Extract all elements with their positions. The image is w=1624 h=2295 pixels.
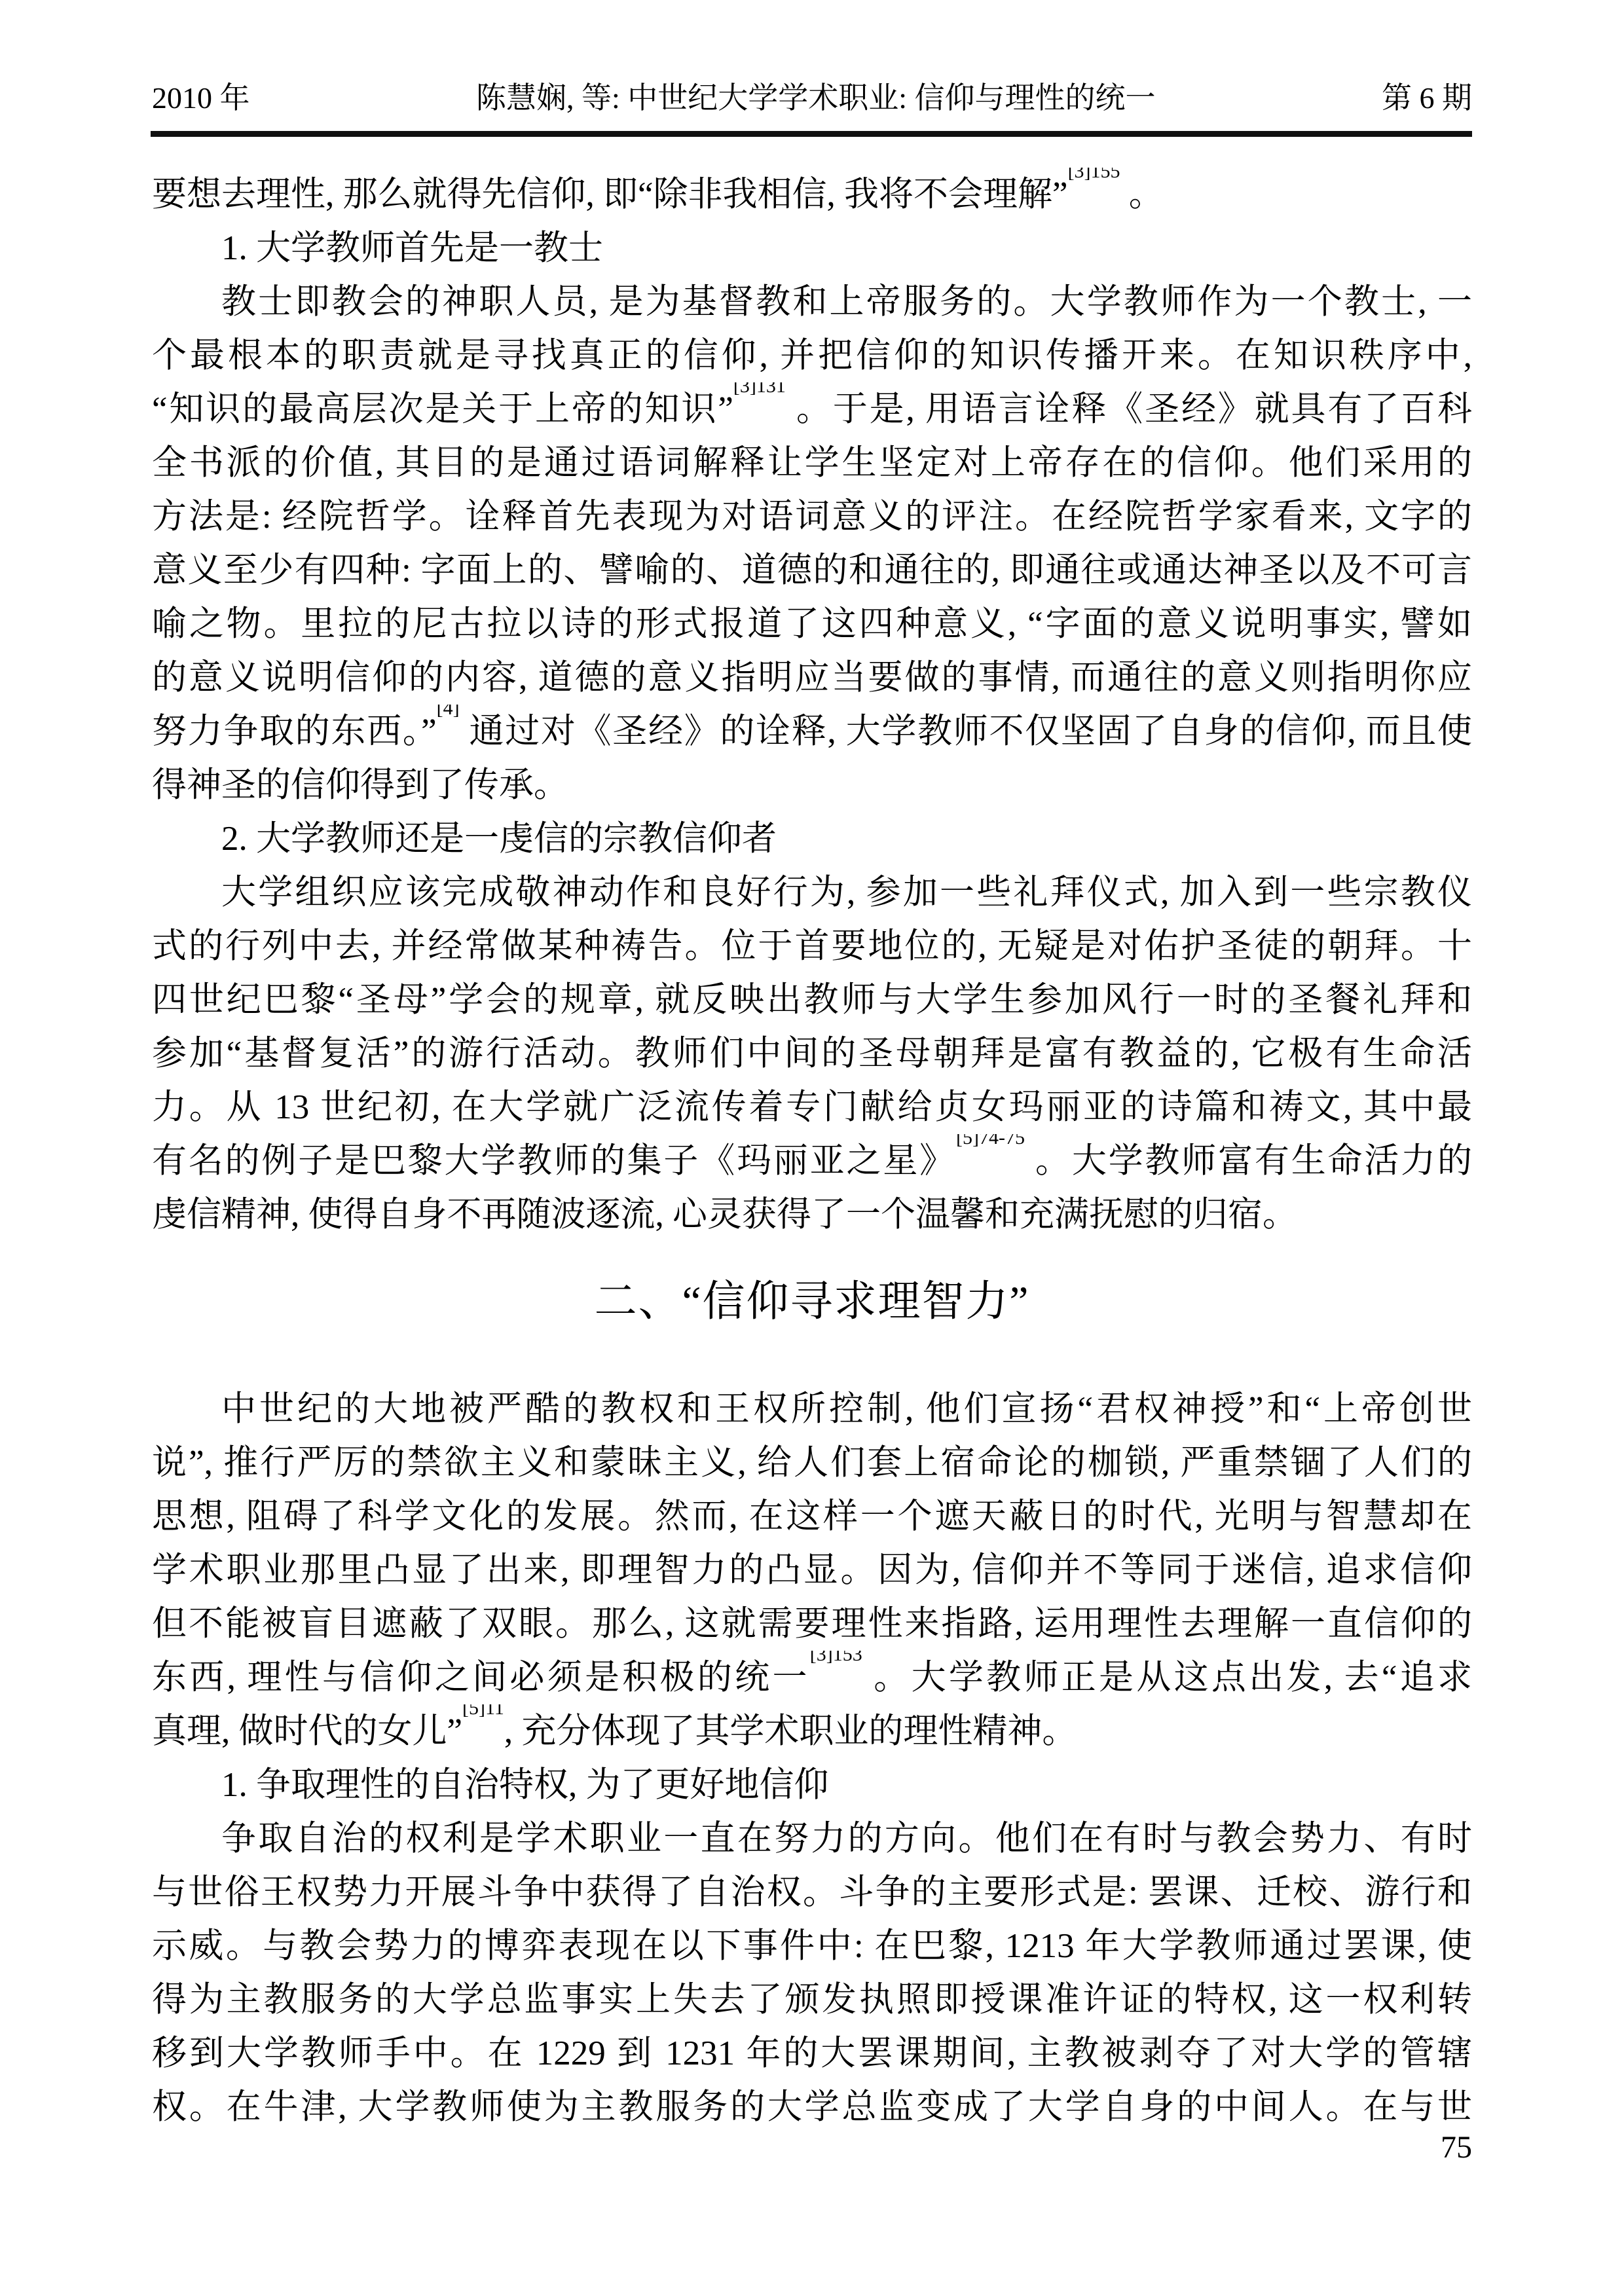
- header-year: 2010 年: [152, 81, 250, 115]
- text-run: 争取自治的权利是学术职业一直在努力的方向。他们在有时与教会势力、有时: [221, 1820, 1472, 1858]
- text-run: 要想去理性, 那么就得先信仰, 即“除非我相信, 我将不会理解”: [152, 175, 1068, 213]
- section-one-lines: 要想去理性, 那么就得先信仰, 即“除非我相信, 我将不会理解”[3]155 。…: [152, 168, 1472, 1241]
- page-number: 75: [152, 2129, 1472, 2166]
- text-line: 2. 大学教师还是一虔信的宗教信仰者: [152, 812, 1472, 866]
- text-run: 四世纪巴黎“圣母”学会的规章, 就反映出教师与大学生参加风行一时的圣餐礼拜和: [152, 981, 1472, 1019]
- text-line: 意义至少有四种: 字面上的、譬喻的、道德的和通往的, 即通往或通达神圣以及不可言: [152, 543, 1472, 597]
- text-line: 1. 争取理性的自治特权, 为了更好地信仰: [152, 1758, 1472, 1812]
- text-line: 移到大学教师手中。在 1229 到 1231 年的大罢课期间, 主教被剥夺了对大…: [152, 2027, 1472, 2080]
- text-run: 个最根本的职责就是寻找真正的信仰, 并把信仰的知识传播开来。在知识秩序中,: [152, 337, 1472, 375]
- text-line: 说”, 推行严厉的禁欲主义和蒙昧主义, 给人们套上宿命论的枷锁, 严重禁锢了人们…: [152, 1436, 1472, 1490]
- text-run: 得神圣的信仰得到了传承。: [152, 766, 568, 804]
- text-run: 。: [1120, 175, 1164, 213]
- text-line: 参加“基督复活”的游行活动。教师们中间的圣母朝拜是富有教益的, 它极有生命活: [152, 1027, 1472, 1080]
- citation-superscript: [4]: [437, 705, 460, 719]
- text-run: 通过对《圣经》的诠释, 大学教师不仅坚固了自身的信仰, 而且使: [460, 712, 1472, 750]
- text-run: 中世纪的大地被严酷的教权和王权所控制, 他们宣扬“君权神授”和“上帝创世: [221, 1390, 1472, 1428]
- text-run: 力。从 13 世纪初, 在大学就广泛流传着专门献给贞女玛丽亚的诗篇和祷文, 其中…: [152, 1088, 1472, 1126]
- header-title: 陈慧娴, 等: 中世纪大学学术职业: 信仰与理性的统一: [250, 81, 1382, 115]
- text-line: 真理, 做时代的女儿”[5]11, 充分体现了其学术职业的理性精神。: [152, 1704, 1472, 1758]
- text-line: 全书派的价值, 其目的是通过语词解释让学生坚定对上帝存在的信仰。他们采用的: [152, 436, 1472, 490]
- text-run: 意义至少有四种: 字面上的、譬喻的、道德的和通往的, 即通往或通达神圣以及不可言: [152, 551, 1472, 589]
- text-line: 学术职业那里凸显了出来, 即理智力的凸显。因为, 信仰并不等同于迷信, 追求信仰: [152, 1543, 1472, 1597]
- text-line: 力。从 13 世纪初, 在大学就广泛流传着专门献给贞女玛丽亚的诗篇和祷文, 其中…: [152, 1080, 1472, 1134]
- text-line: 喻之物。里拉的尼古拉以诗的形式报道了这四种意义, “字面的意义说明事实, 譬如: [152, 597, 1472, 651]
- text-line: “知识的最高层次是关于上帝的知识”[3]131 。于是, 用语言诠释《圣经》就具…: [152, 382, 1472, 436]
- text-line: 四世纪巴黎“圣母”学会的规章, 就反映出教师与大学生参加风行一时的圣餐礼拜和: [152, 973, 1472, 1027]
- text-run: 但不能被盲目遮蔽了双眼。那么, 这就需要理性来指路, 运用理性去理解一直信仰的: [152, 1605, 1472, 1643]
- citation-superscript: [3]155: [1068, 168, 1120, 182]
- page: 2010 年 陈慧娴, 等: 中世纪大学学术职业: 信仰与理性的统一 第 6 期…: [0, 0, 1624, 2295]
- text-line: 争取自治的权利是学术职业一直在努力的方向。他们在有时与教会势力、有时: [152, 1812, 1472, 1865]
- text-run: 式的行列中去, 并经常做某种祷告。位于首要地位的, 无疑是对佑护圣徒的朝拜。十: [152, 927, 1472, 965]
- text-run: 有名的例子是巴黎大学教师的集子《玛丽亚之星》: [152, 1142, 956, 1180]
- text-run: 学术职业那里凸显了出来, 即理智力的凸显。因为, 信仰并不等同于迷信, 追求信仰: [152, 1551, 1472, 1589]
- text-run: 虔信精神, 使得自身不再随波逐流, 心灵获得了一个温馨和充满抚慰的归宿。: [152, 1196, 1297, 1234]
- text-line: 方法是: 经院哲学。诠释首先表现为对语词意义的评注。在经院哲学家看来, 文字的: [152, 490, 1472, 543]
- text-run: 东西, 理性与信仰之间必须是积极的统一: [152, 1659, 810, 1697]
- text-line: 虔信精神, 使得自身不再随波逐流, 心灵获得了一个温馨和充满抚慰的归宿。: [152, 1188, 1472, 1241]
- text-run: 喻之物。里拉的尼古拉以诗的形式报道了这四种意义, “字面的意义说明事实, 譬如: [152, 605, 1472, 643]
- text-line: 努力争取的东西。”[4] 通过对《圣经》的诠释, 大学教师不仅坚固了自身的信仰,…: [152, 705, 1472, 758]
- text-line: 思想, 阻碍了科学文化的发展。然而, 在这样一个遮天蔽日的时代, 光明与智慧却在: [152, 1490, 1472, 1543]
- citation-superscript: [5]11: [462, 1704, 504, 1719]
- text-line: 示威。与教会势力的博弈表现在以下事件中: 在巴黎, 1213 年大学教师通过罢课…: [152, 1919, 1472, 1973]
- citation-superscript: [3]153: [810, 1651, 862, 1665]
- section-two-lines: 中世纪的大地被严酷的教权和王权所控制, 他们宣扬“君权神授”和“上帝创世说”, …: [152, 1382, 1472, 2134]
- text-run: 全书派的价值, 其目的是通过语词解释让学生坚定对上帝存在的信仰。他们采用的: [152, 444, 1472, 482]
- text-run: 说”, 推行严厉的禁欲主义和蒙昧主义, 给人们套上宿命论的枷锁, 严重禁锢了人们…: [152, 1444, 1472, 1482]
- text-run: 思想, 阻碍了科学文化的发展。然而, 在这样一个遮天蔽日的时代, 光明与智慧却在: [152, 1497, 1472, 1535]
- text-run: 得为主教服务的大学总监事实上失去了颁发执照即授课准许证的特权, 这一权利转: [152, 1981, 1472, 2019]
- text-run: 。大学教师富有生命活力的: [1025, 1142, 1472, 1180]
- text-line: 但不能被盲目遮蔽了双眼。那么, 这就需要理性来指路, 运用理性去理解一直信仰的: [152, 1597, 1472, 1651]
- text-line: 中世纪的大地被严酷的教权和王权所控制, 他们宣扬“君权神授”和“上帝创世: [152, 1382, 1472, 1436]
- text-run: 移到大学教师手中。在 1229 到 1231 年的大罢课期间, 主教被剥夺了对大…: [152, 2034, 1472, 2072]
- section-heading: 二、“信仰寻求理智力”: [152, 1241, 1472, 1382]
- text-run: 1. 争取理性的自治特权, 为了更好地信仰: [221, 1766, 829, 1804]
- text-run: 方法是: 经院哲学。诠释首先表现为对语词意义的评注。在经院哲学家看来, 文字的: [152, 498, 1472, 536]
- text-line: 得神圣的信仰得到了传承。: [152, 758, 1472, 812]
- text-line: 的意义说明信仰的内容, 道德的意义指明应当要做的事情, 而通往的意义则指明你应: [152, 651, 1472, 705]
- header-issue: 第 6 期: [1382, 81, 1472, 115]
- text-line: 个最根本的职责就是寻找真正的信仰, 并把信仰的知识传播开来。在知识秩序中,: [152, 329, 1472, 382]
- text-run: 。于是, 用语言诠释《圣经》就具有了百科: [786, 390, 1472, 428]
- body-text: 要想去理性, 那么就得先信仰, 即“除非我相信, 我将不会理解”[3]155 。…: [152, 168, 1472, 2134]
- citation-superscript: [5]74-75: [956, 1134, 1025, 1148]
- text-run: 真理, 做时代的女儿”: [152, 1712, 462, 1750]
- text-run: 大学组织应该完成敬神动作和良好行为, 参加一些礼拜仪式, 加入到一些宗教仪: [221, 873, 1472, 911]
- header-rule: [151, 131, 1472, 137]
- text-line: 有名的例子是巴黎大学教师的集子《玛丽亚之星》[5]74-75 。大学教师富有生命…: [152, 1134, 1472, 1188]
- text-line: 要想去理性, 那么就得先信仰, 即“除非我相信, 我将不会理解”[3]155 。: [152, 168, 1472, 221]
- text-run: 参加“基督复活”的游行活动。教师们中间的圣母朝拜是富有教益的, 它极有生命活: [152, 1035, 1472, 1073]
- text-run: 教士即教会的神职人员, 是为基督教和上帝服务的。大学教师作为一个教士, 一: [221, 283, 1472, 321]
- text-line: 式的行列中去, 并经常做某种祷告。位于首要地位的, 无疑是对佑护圣徒的朝拜。十: [152, 919, 1472, 973]
- text-line: 得为主教服务的大学总监事实上失去了颁发执照即授课准许证的特权, 这一权利转: [152, 1973, 1472, 2027]
- text-run: 的意义说明信仰的内容, 道德的意义指明应当要做的事情, 而通往的意义则指明你应: [152, 659, 1472, 697]
- text-line: 教士即教会的神职人员, 是为基督教和上帝服务的。大学教师作为一个教士, 一: [152, 275, 1472, 329]
- text-line: 1. 大学教师首先是一教士: [152, 221, 1472, 275]
- text-run: , 充分体现了其学术职业的理性精神。: [504, 1712, 1077, 1750]
- text-line: 权。在牛津, 大学教师使为主教服务的大学总监变成了大学自身的中间人。在与世: [152, 2080, 1472, 2134]
- text-run: 。大学教师正是从这点出发, 去“追求: [862, 1659, 1472, 1697]
- citation-superscript: [3]131: [733, 382, 786, 397]
- text-run: 2. 大学教师还是一虔信的宗教信仰者: [221, 820, 777, 858]
- text-run: 示威。与教会势力的博弈表现在以下事件中: 在巴黎, 1213 年大学教师通过罢课…: [152, 1927, 1472, 1965]
- text-run: 与世俗王权势力开展斗争中获得了自治权。斗争的主要形式是: 罢课、迁校、游行和: [152, 1873, 1472, 1911]
- text-line: 与世俗王权势力开展斗争中获得了自治权。斗争的主要形式是: 罢课、迁校、游行和: [152, 1865, 1472, 1919]
- text-run: 1. 大学教师首先是一教士: [221, 229, 603, 267]
- text-run: 权。在牛津, 大学教师使为主教服务的大学总监变成了大学自身的中间人。在与世: [152, 2088, 1472, 2126]
- journal-header: 2010 年 陈慧娴, 等: 中世纪大学学术职业: 信仰与理性的统一 第 6 期: [152, 81, 1472, 115]
- text-run: 努力争取的东西。”: [152, 712, 437, 750]
- text-line: 大学组织应该完成敬神动作和良好行为, 参加一些礼拜仪式, 加入到一些宗教仪: [152, 866, 1472, 919]
- text-line: 东西, 理性与信仰之间必须是积极的统一[3]153 。大学教师正是从这点出发, …: [152, 1651, 1472, 1704]
- text-run: “知识的最高层次是关于上帝的知识”: [152, 390, 733, 428]
